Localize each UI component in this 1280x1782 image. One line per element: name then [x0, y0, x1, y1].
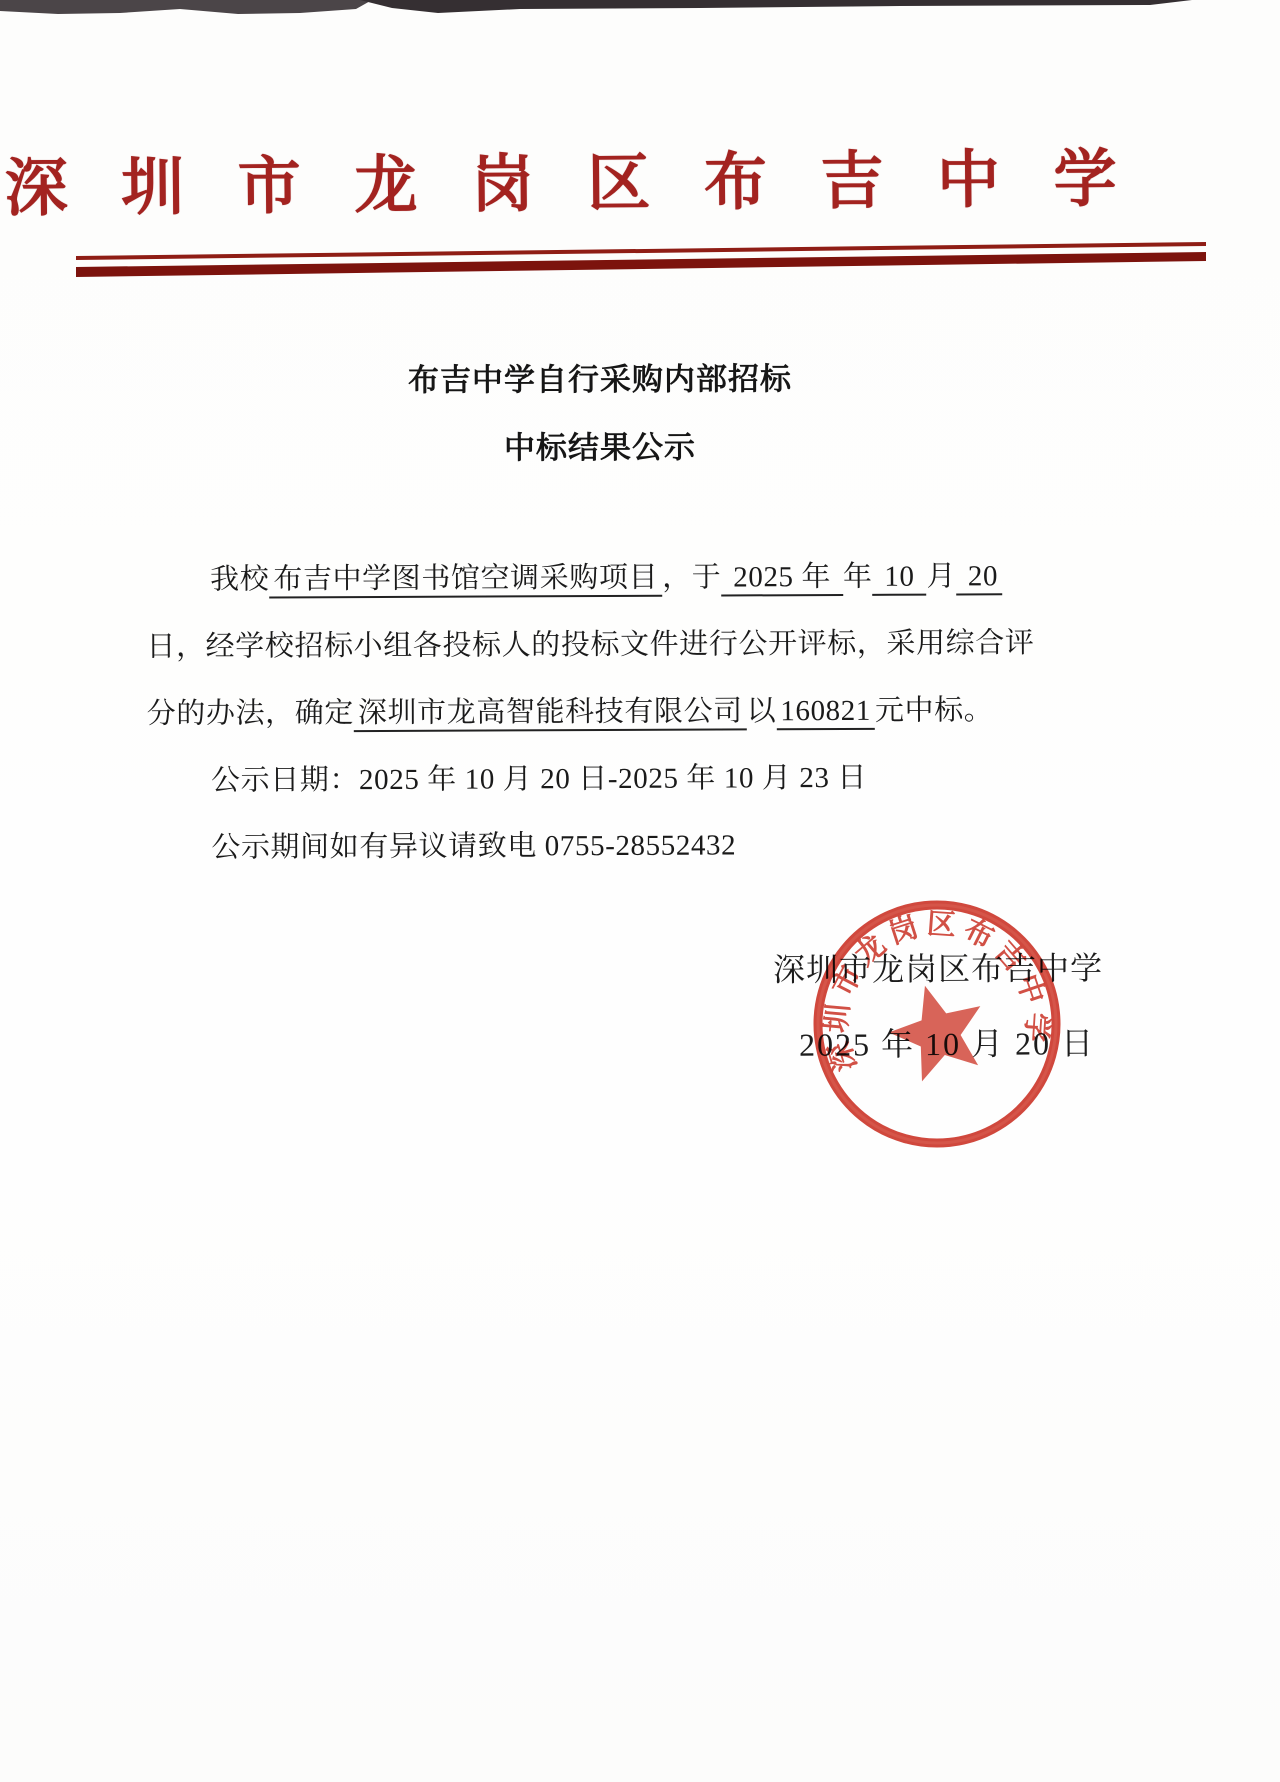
document-title-line2: 中标结果公示 — [0, 420, 1200, 469]
seal-star-icon — [879, 973, 996, 1087]
scan-artifact-top-left — [0, 0, 372, 14]
body-line-4-publicity-dates: 公示日期：2025 年 10 月 20 日-2025 年 10 月 23 日 — [147, 744, 1127, 815]
scan-artifact-top-right — [360, 0, 1192, 13]
body-line-1: 我校布吉中学图书馆空调采购项目，于 2025 年 年 10 月 20 — [146, 543, 1126, 614]
body-line-5-contact-phone: 公示期间如有异议请致电 0755-28552432 — [147, 811, 1127, 882]
scanned-document-page: 深 圳 市 龙 岗 区 布 吉 中 学 布吉中学自行采购内部招标 中标结果公示 … — [0, 0, 1280, 1782]
underlined-project-name: 布吉中学图书馆空调采购项目 — [269, 562, 662, 599]
body-text: ，于 — [662, 561, 721, 593]
letterhead-school-name: 深 圳 市 龙 岗 区 布 吉 中 学 — [0, 128, 1140, 229]
header-rule-thin — [76, 242, 1206, 260]
body-text: 我校 — [210, 563, 269, 595]
body-line-3: 分的办法，确定深圳市龙高智能科技有限公司以160821元中标。 — [147, 677, 1127, 748]
body-text: 分的办法，确定 — [147, 697, 354, 730]
underlined-month: 10 — [872, 561, 926, 596]
body-text: 元中标。 — [875, 694, 994, 727]
document-title-line1: 布吉中学自行采购内部招标 — [0, 352, 1200, 401]
scan-decorations — [0, 0, 1280, 1782]
body-text: 年 — [843, 561, 873, 593]
notice-body: 我校布吉中学图书馆空调采购项目，于 2025 年 年 10 月 20 日，经学校… — [146, 543, 1127, 882]
underlined-winner-company: 深圳市龙高智能科技有限公司 — [354, 695, 747, 732]
body-line-2: 日，经学校招标小组各投标人的投标文件进行公开评标，采用综合评 — [146, 610, 1126, 681]
body-text: 以 — [747, 695, 777, 727]
body-text: 月 — [926, 560, 956, 592]
underlined-year: 2025 年 — [721, 561, 843, 597]
header-rule-thick — [76, 252, 1206, 277]
underlined-bid-amount: 160821 — [776, 695, 875, 730]
underlined-day: 20 — [956, 560, 1002, 595]
official-seal: 深圳市龙岗区布吉中学 — [803, 890, 1071, 1158]
